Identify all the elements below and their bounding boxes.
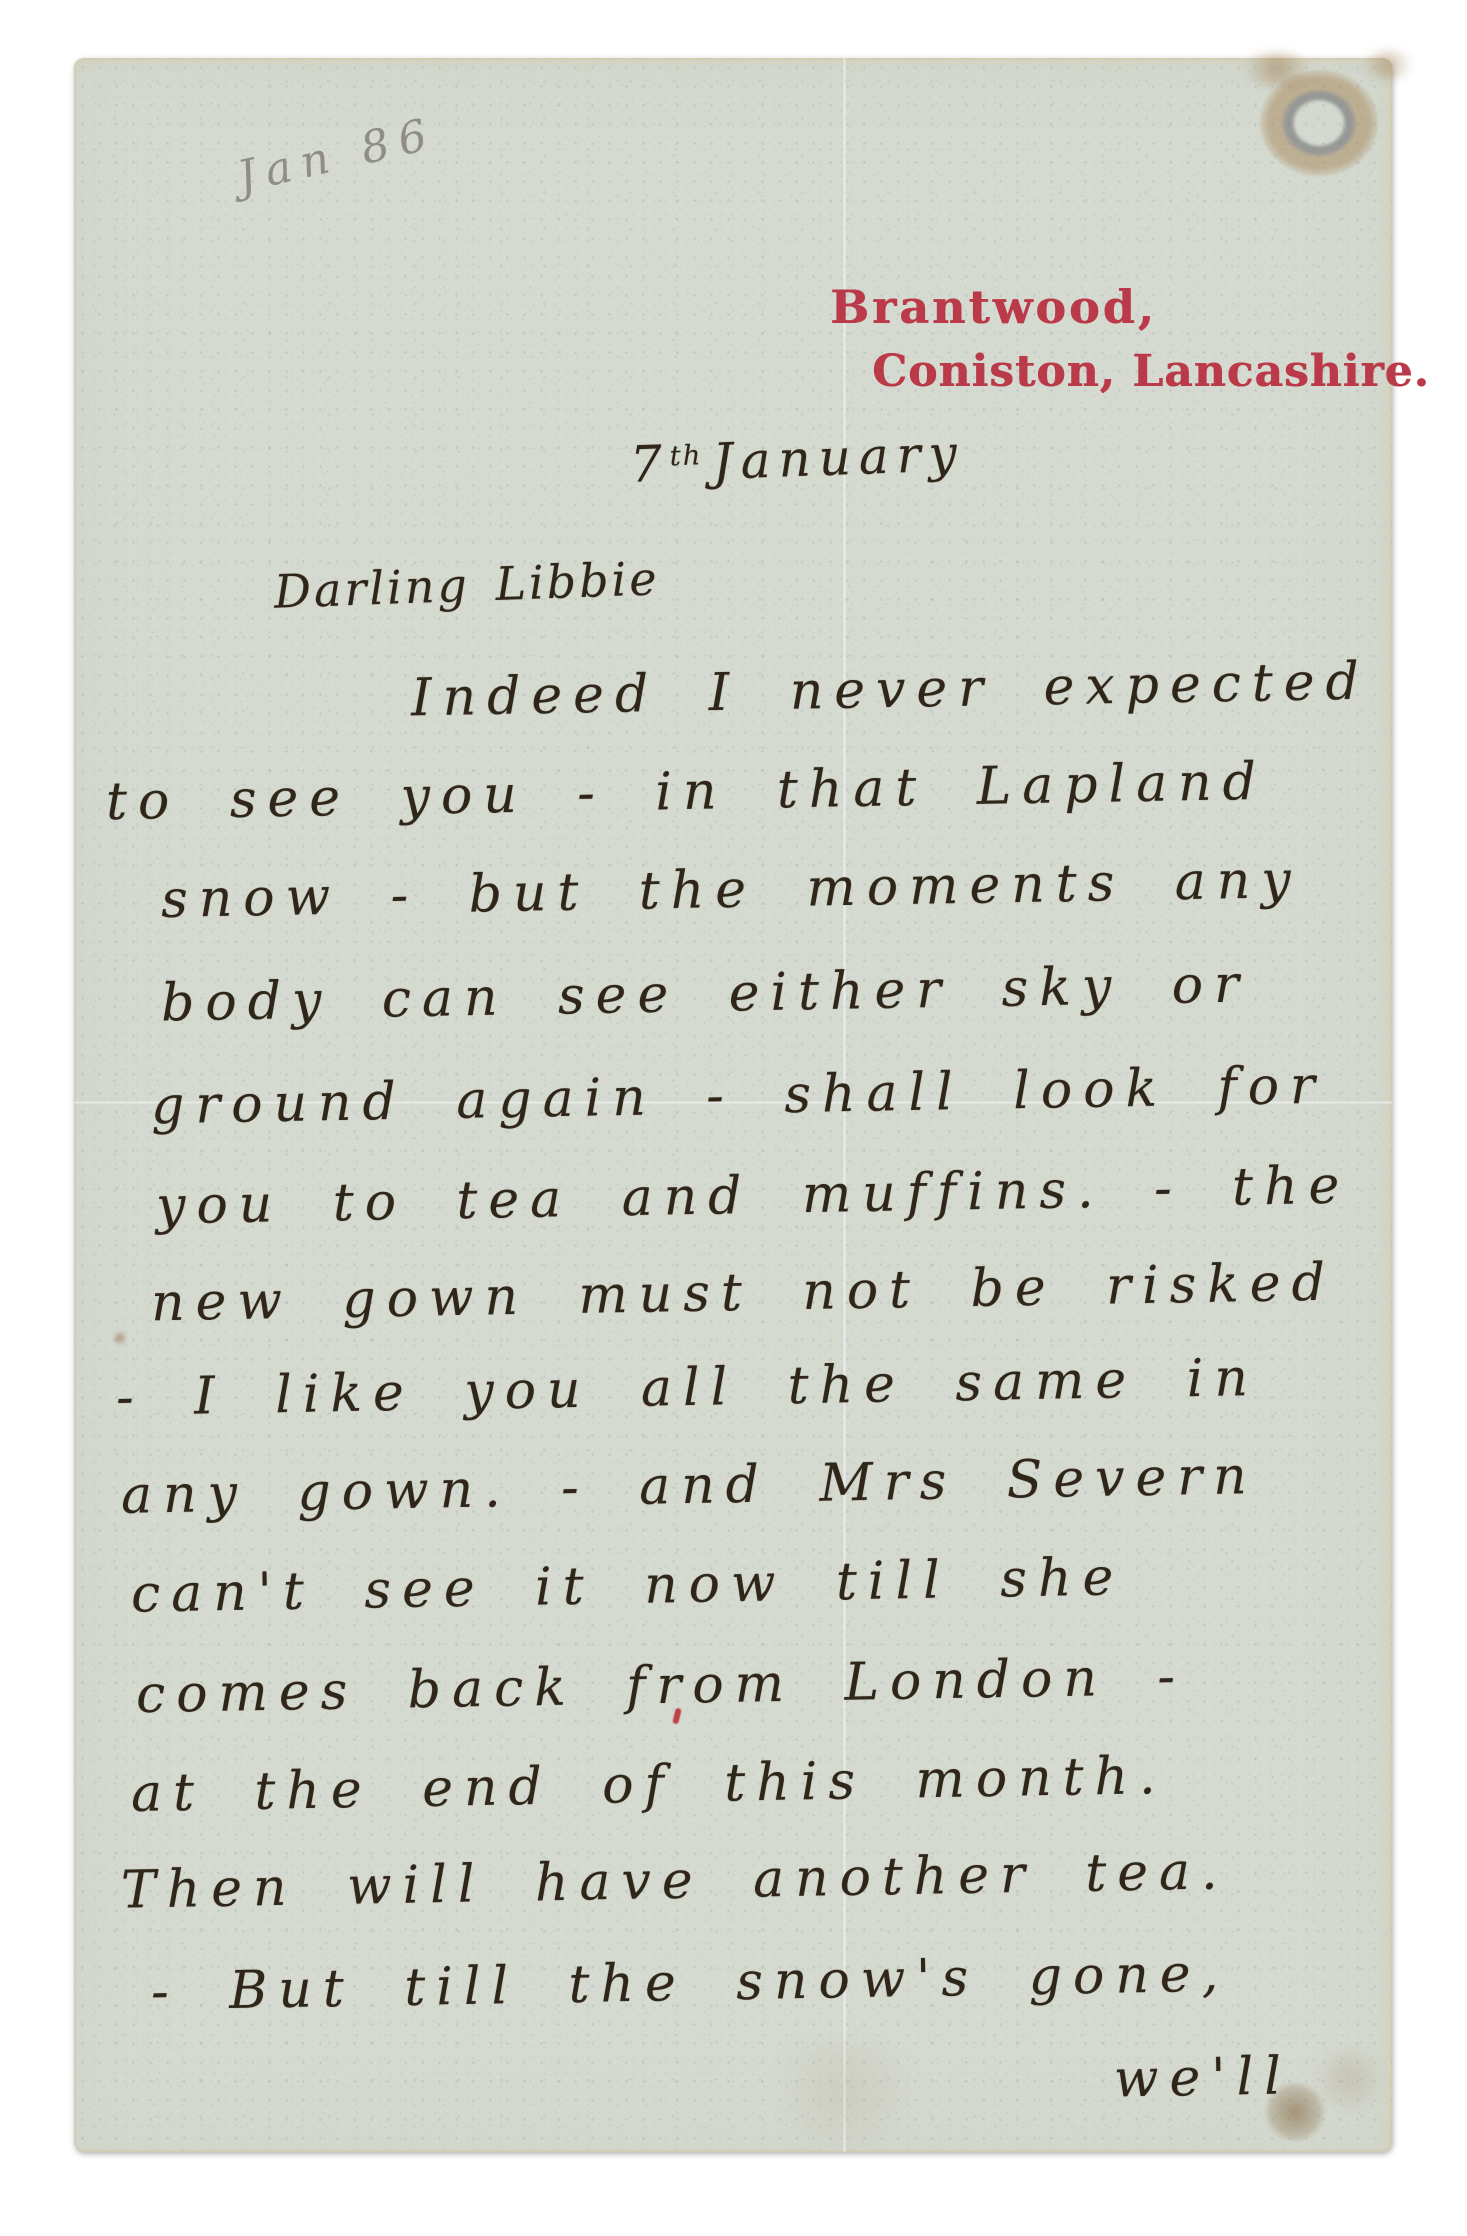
letter-line: - I like you all the same in — [116, 1348, 1260, 1428]
letter-line: body can see either sky or — [161, 955, 1251, 1034]
edge-smudge-top-right-2 — [1356, 50, 1420, 80]
letterhead-line1: Brantwood, — [830, 280, 1157, 334]
letterhead-line2: Coniston, Lancashire. — [872, 346, 1430, 397]
ring-stain-top-right — [1260, 70, 1378, 176]
letter-line: ground again - shall look for — [151, 1056, 1327, 1136]
letter-line: comes back from London - — [136, 1647, 1187, 1725]
date-day: 7 — [629, 434, 671, 493]
letter-line: - But till the snow's gone, — [151, 1944, 1230, 2023]
letter-line: at the end of this month. — [131, 1746, 1167, 1824]
letter-line: you to tea and muffins. - the — [156, 1156, 1351, 1237]
letter-line: we'll — [1113, 2046, 1292, 2109]
pencil-annotation: Jan 86 — [233, 108, 441, 203]
letter-line: snow - but the moments any — [161, 850, 1303, 930]
letter-line: any gown. - and Mrs Severn — [121, 1446, 1259, 1526]
scan-page: Jan 86 Brantwood, Coniston, Lancashire. … — [0, 0, 1467, 2236]
edge-smudge-top-right-1 — [1234, 52, 1320, 86]
letter-paper: Jan 86 Brantwood, Coniston, Lancashire. … — [74, 58, 1392, 2152]
letter-line: new gown must not be risked — [151, 1253, 1337, 1334]
letter-line: Indeed I never expected — [411, 652, 1371, 729]
letter-line: Then will have another tea. — [121, 1841, 1230, 1920]
letter-line: can't see it now till she — [131, 1547, 1125, 1624]
date-line: 7thJanuary — [629, 424, 966, 494]
faint-stain-bottom-right — [1312, 2044, 1386, 2114]
salutation: Darling Libbie — [273, 551, 660, 618]
letter-line: to see you - in that Lapland — [106, 752, 1268, 832]
date-month: January — [712, 424, 966, 491]
fox-dot-left-edge — [112, 1330, 128, 1346]
date-ordinal: th — [669, 439, 703, 472]
